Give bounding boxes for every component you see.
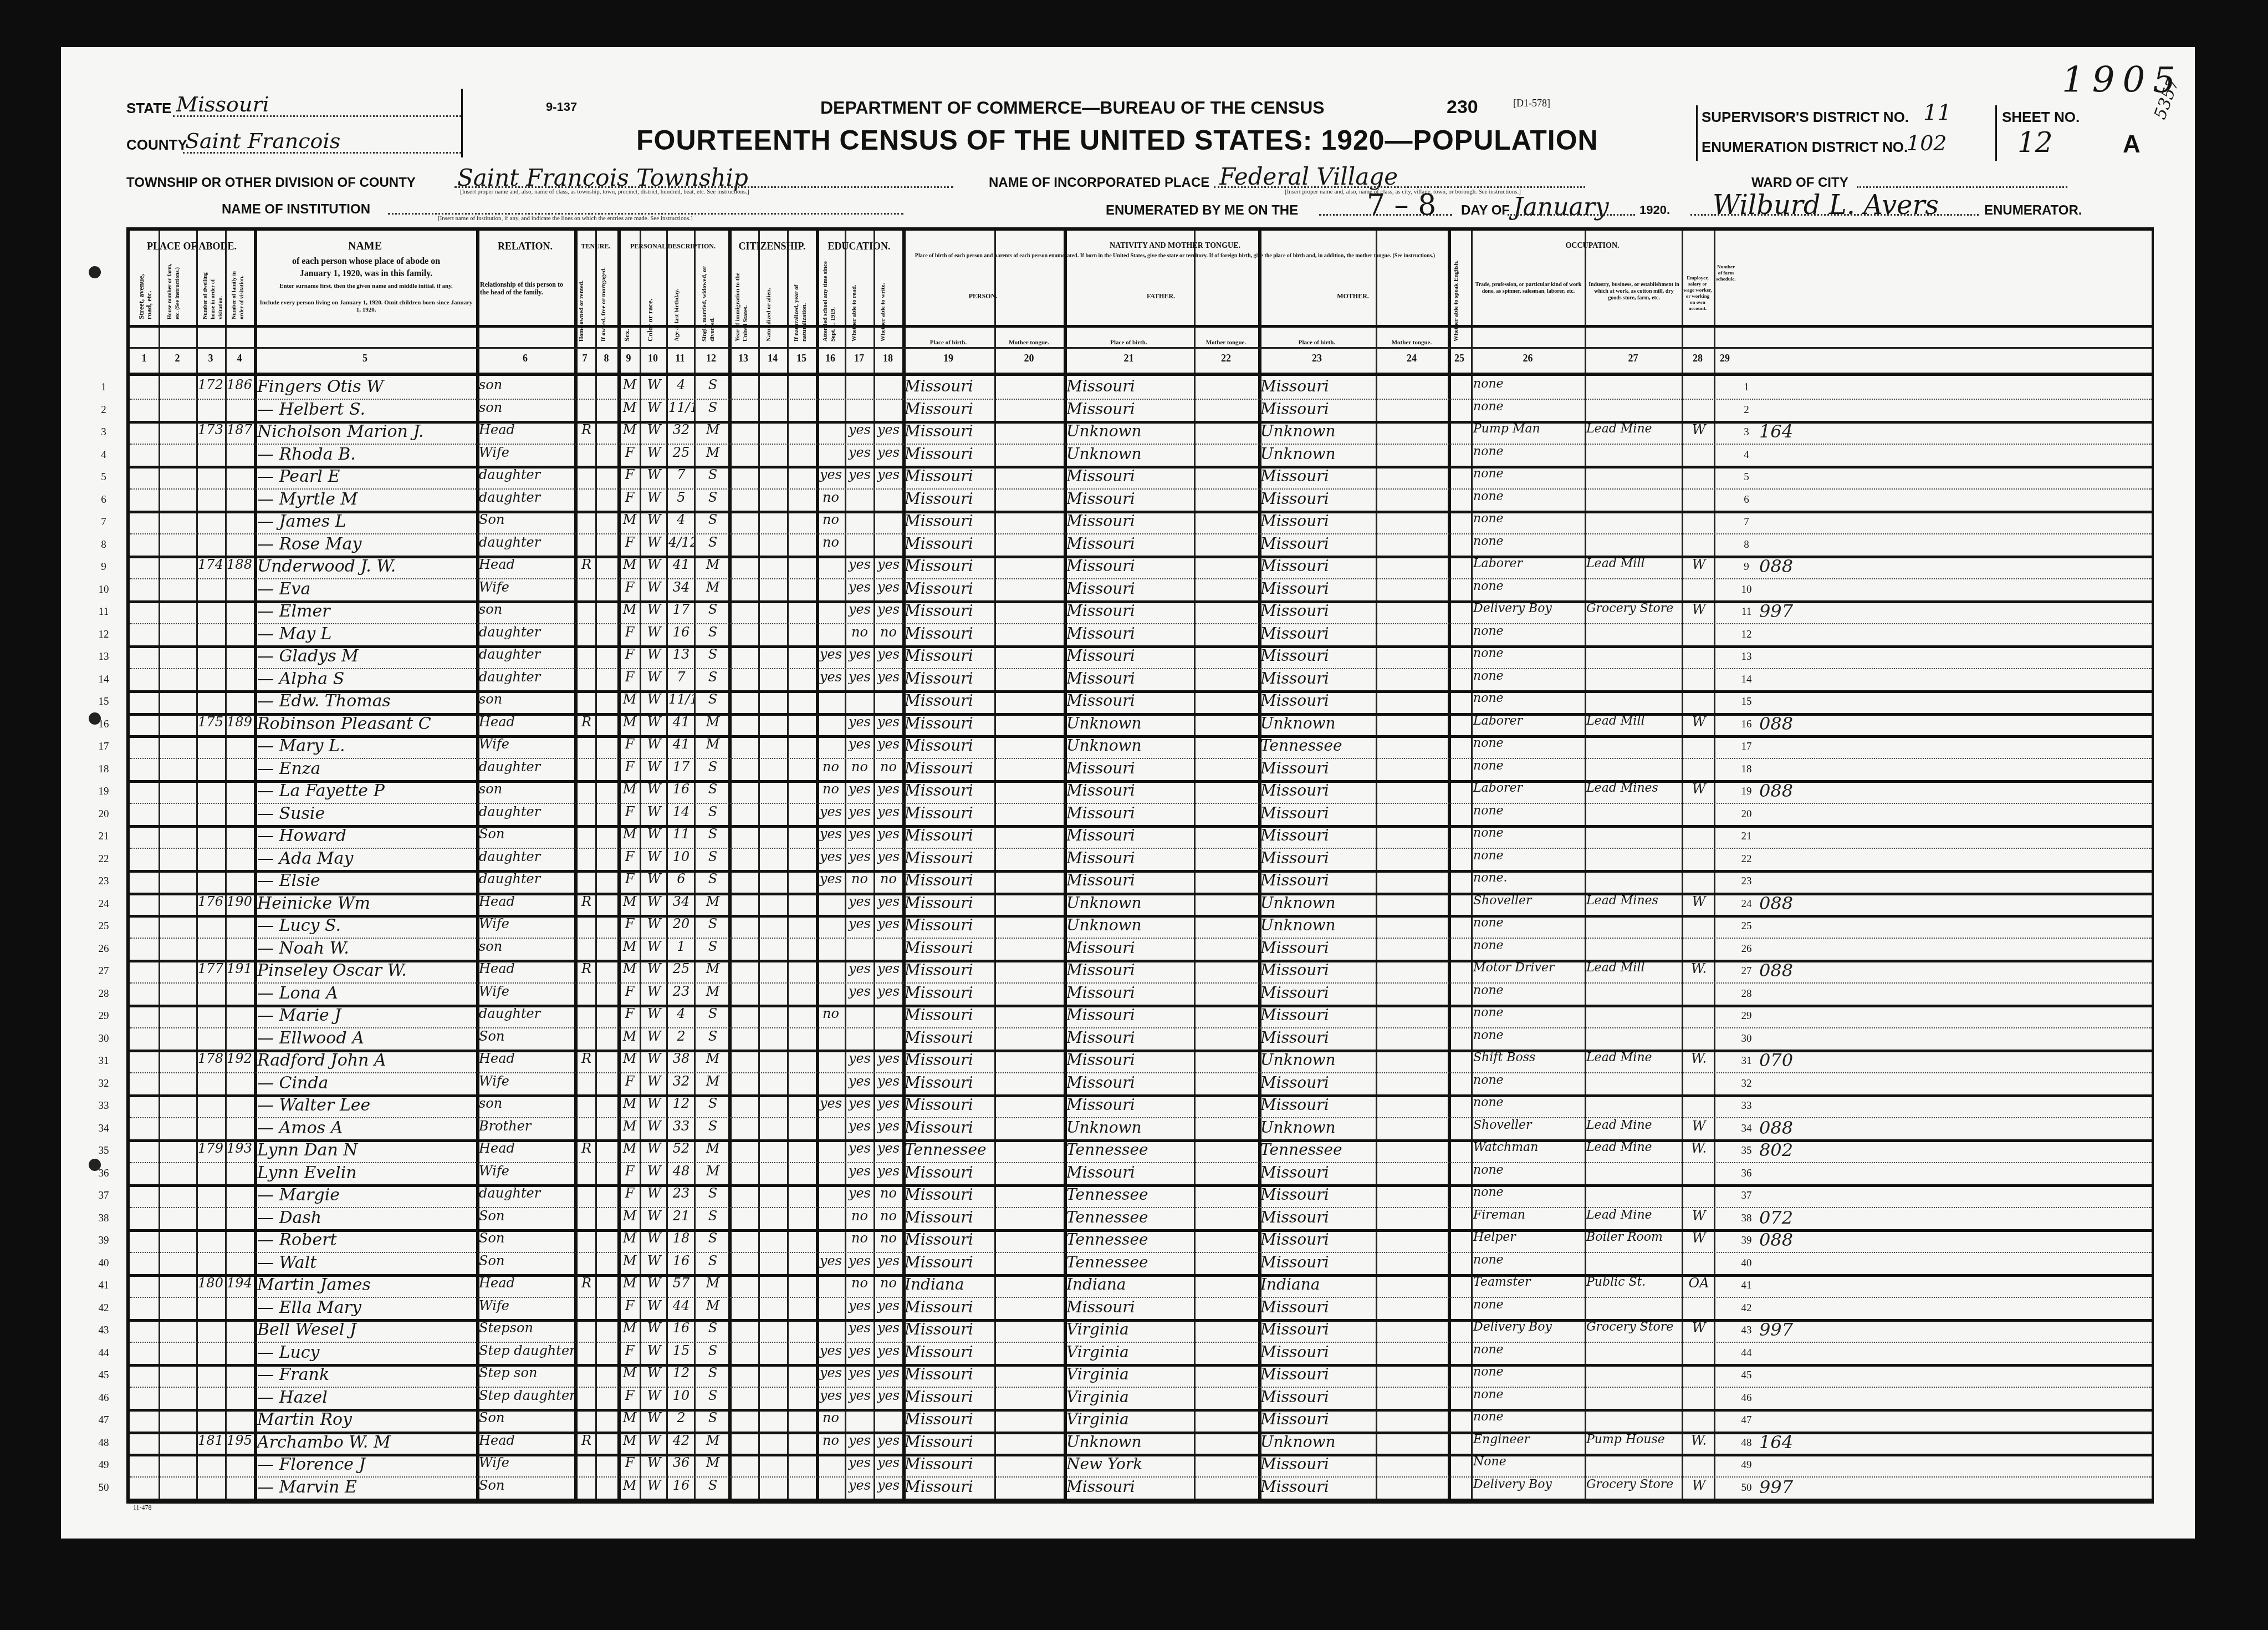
marital-status: M xyxy=(697,961,728,976)
employment-class: OA xyxy=(1684,1275,1714,1291)
person-name: — Gladys M xyxy=(257,646,476,666)
sex: M xyxy=(620,1118,640,1134)
line-number: 28 xyxy=(95,988,112,1000)
line-number: 25 xyxy=(95,920,112,933)
person-name: Fingers Otis W xyxy=(257,377,476,396)
sex: F xyxy=(620,467,640,482)
occupation-trade: Delivery Boy xyxy=(1473,602,1584,615)
father-birthplace: Missouri xyxy=(1066,557,1194,575)
mother-birthplace: Missouri xyxy=(1260,602,1376,620)
page-title: FOURTEENTH CENSUS OF THE UNITED STATES: … xyxy=(636,124,1598,156)
relation: daughter xyxy=(479,646,574,662)
marital-status: S xyxy=(697,1343,728,1358)
mother-birthplace: Missouri xyxy=(1260,759,1376,777)
race: W xyxy=(642,1275,666,1291)
age: 14 xyxy=(668,804,694,819)
person-birthplace: Missouri xyxy=(905,1185,994,1204)
line-number: 39 xyxy=(95,1235,112,1247)
occupation-trade: none xyxy=(1473,1253,1584,1267)
age: 57 xyxy=(668,1275,694,1291)
form-number: 9-137 xyxy=(546,100,577,114)
marital-status: M xyxy=(697,422,728,437)
relation: Head xyxy=(479,961,574,976)
attended-school: yes xyxy=(817,669,845,685)
dwelling-number: 179 xyxy=(196,1140,225,1156)
relation: Head xyxy=(479,1051,574,1066)
relation: daughter xyxy=(479,804,574,819)
occupation-trade: none xyxy=(1473,624,1584,638)
table-row: — Ellwood ASonMW2SMissouriMissouriMissou… xyxy=(130,1027,2152,1050)
person-birthplace: Missouri xyxy=(905,1006,994,1024)
race: W xyxy=(642,1163,666,1179)
relation: Son xyxy=(479,1253,574,1269)
person-name: Martin James xyxy=(257,1275,476,1295)
occupation-trade: none xyxy=(1473,1410,1584,1424)
age: 4 xyxy=(668,377,694,393)
attended-school: yes xyxy=(817,467,845,482)
department-title: DEPARTMENT OF COMMERCE—BUREAU OF THE CEN… xyxy=(820,98,1325,118)
person-birthplace: Missouri xyxy=(905,1208,994,1226)
mother-birthplace: Missouri xyxy=(1260,467,1376,485)
table-row: Bell Wesel JStepsonMW16SyesyesMissouriVi… xyxy=(130,1319,2152,1342)
person-birthplace: Missouri xyxy=(905,691,994,710)
header-place-of-abode: PLACE OF ABODE. xyxy=(130,241,254,252)
race: W xyxy=(642,894,666,909)
age: 10 xyxy=(668,849,694,864)
can-write: yes xyxy=(875,1118,902,1134)
marital-status: S xyxy=(697,1388,728,1403)
age: 11 xyxy=(668,826,694,842)
can-write: yes xyxy=(875,826,902,842)
line-number-right: 40 xyxy=(1738,1257,1755,1270)
header-relation-sub: Relationship of this person to the head … xyxy=(480,281,571,296)
line-number-right: 36 xyxy=(1738,1168,1755,1180)
person-name: — Rhoda B. xyxy=(257,445,476,464)
can-read: yes xyxy=(846,849,874,864)
father-birthplace: Missouri xyxy=(1066,939,1194,957)
sex: M xyxy=(620,714,640,730)
age: 6 xyxy=(668,871,694,887)
line-number-right: 11 xyxy=(1738,606,1755,618)
line-number: 23 xyxy=(95,875,112,888)
table-row: — HazelStep daughterFW10SyesyesyesMissou… xyxy=(130,1387,2152,1409)
sex: F xyxy=(620,669,640,685)
marital-status: M xyxy=(697,1140,728,1156)
age: 44 xyxy=(668,1298,694,1313)
employment-class: W xyxy=(1684,894,1714,909)
marital-status: M xyxy=(697,1455,728,1470)
race: W xyxy=(642,624,666,640)
father-birthplace: Missouri xyxy=(1066,512,1194,530)
header-read: Whether able to read. xyxy=(850,258,858,342)
age: 16 xyxy=(668,781,694,797)
marital-status: M xyxy=(697,1433,728,1448)
attended-school: no xyxy=(817,534,845,550)
occupation-trade: Motor Driver xyxy=(1473,961,1584,975)
mother-birthplace: Missouri xyxy=(1260,1365,1376,1383)
race: W xyxy=(642,1208,666,1224)
mother-birthplace: Missouri xyxy=(1260,1455,1376,1473)
age: 41 xyxy=(668,736,694,752)
mother-birthplace: Missouri xyxy=(1260,512,1376,530)
line-number: 15 xyxy=(95,696,112,708)
relation: daughter xyxy=(479,1006,574,1021)
father-birthplace: Missouri xyxy=(1066,691,1194,710)
person-name: — Frank xyxy=(257,1365,476,1384)
line-number: 5 xyxy=(95,471,112,483)
mother-birthplace: Missouri xyxy=(1260,1388,1376,1406)
can-read: yes xyxy=(846,1185,874,1201)
line-number-right: 13 xyxy=(1738,651,1755,663)
race: W xyxy=(642,1365,666,1381)
person-name: — Pearl E xyxy=(257,467,476,486)
occupation-trade: Watchman xyxy=(1473,1140,1584,1154)
can-read: yes xyxy=(846,557,874,572)
can-read: yes xyxy=(846,916,874,931)
person-name: — Mary L. xyxy=(257,736,476,756)
can-read: yes xyxy=(846,781,874,797)
relation: Wife xyxy=(479,445,574,460)
father-birthplace: Missouri xyxy=(1066,602,1194,620)
father-birthplace: Unknown xyxy=(1066,445,1194,463)
mother-birthplace: Unknown xyxy=(1260,1118,1376,1137)
race: W xyxy=(642,400,666,415)
header-person: PERSON. xyxy=(902,291,1064,302)
sex: M xyxy=(620,422,640,437)
header-street: Street, avenue, road, etc. xyxy=(137,264,153,319)
state-label: STATE xyxy=(126,100,171,117)
occupation-industry: Pump House xyxy=(1586,1433,1682,1446)
age: 4 xyxy=(668,1006,694,1021)
person-name: — James L xyxy=(257,512,476,531)
line-number-right: 39 xyxy=(1738,1235,1755,1247)
employment-class: W xyxy=(1684,602,1714,617)
line-number: 8 xyxy=(95,539,112,551)
father-birthplace: Missouri xyxy=(1066,624,1194,643)
can-read: yes xyxy=(846,1096,874,1111)
table-row: 174188Underwood J. W.HeadRMW41MyesyesMis… xyxy=(130,556,2152,578)
header-name-sub3: Enter surname first, then the given name… xyxy=(259,283,473,290)
relation: Son xyxy=(479,1478,574,1493)
sex: M xyxy=(620,1478,640,1493)
employment-class: W. xyxy=(1684,1140,1714,1156)
can-write: yes xyxy=(875,579,902,595)
relation: son xyxy=(479,691,574,707)
race: W xyxy=(642,871,666,887)
header-father: FATHER. xyxy=(1064,291,1258,302)
township-label: TOWNSHIP OR OTHER DIVISION OF COUNTY xyxy=(126,175,416,191)
header-mother: MOTHER. xyxy=(1258,291,1448,302)
occupation-trade: none xyxy=(1473,1343,1584,1357)
line-number: 42 xyxy=(95,1302,112,1315)
father-birthplace: Missouri xyxy=(1066,1163,1194,1181)
attended-school: yes xyxy=(817,1096,845,1111)
age: 16 xyxy=(668,1478,694,1493)
mother-birthplace: Unknown xyxy=(1260,894,1376,912)
father-birthplace: Unknown xyxy=(1066,1118,1194,1137)
line-number-right: 2 xyxy=(1738,404,1755,416)
father-birthplace: Missouri xyxy=(1066,1096,1194,1114)
occupation-code: 997 xyxy=(1759,1319,1793,1340)
can-read: yes xyxy=(846,422,874,437)
mother-birthplace: Missouri xyxy=(1260,939,1376,957)
line-number-right: 48 xyxy=(1738,1437,1755,1449)
line-number: 18 xyxy=(95,763,112,776)
ed-value: 102 xyxy=(1907,131,1947,155)
line-number-right: 35 xyxy=(1738,1145,1755,1157)
can-read: yes xyxy=(846,1140,874,1156)
family-number: 187 xyxy=(225,422,254,437)
census-rows: 172186Fingers Otis WsonMW4SMissouriMisso… xyxy=(130,376,2152,1500)
relation: son xyxy=(479,781,574,797)
relation: Head xyxy=(479,422,574,437)
marital-status: S xyxy=(697,490,728,505)
mother-birthplace: Missouri xyxy=(1260,534,1376,553)
relation: Wife xyxy=(479,916,574,931)
occupation-industry: Boiler Room xyxy=(1586,1230,1682,1244)
header-name: NAME xyxy=(254,241,476,252)
table-row: — WaltSonMW16SyesyesyesMissouriTennessee… xyxy=(130,1252,2152,1275)
person-name: — Lona A xyxy=(257,984,476,1003)
sex: M xyxy=(620,1096,640,1111)
occupation-code: 164 xyxy=(1759,421,1793,442)
can-read: no xyxy=(846,1230,874,1246)
father-birthplace: Tennessee xyxy=(1066,1253,1194,1271)
age: 4/12 xyxy=(668,534,694,550)
line-number-right: 17 xyxy=(1738,741,1755,753)
attended-school: no xyxy=(817,512,845,527)
marital-status: M xyxy=(697,714,728,730)
header-name-sub4: Include every person living on January 1… xyxy=(259,299,473,314)
attended-school: yes xyxy=(817,871,845,887)
can-write: yes xyxy=(875,1073,902,1089)
person-name: — Susie xyxy=(257,804,476,823)
can-write: yes xyxy=(875,736,902,752)
person-name: — Eva xyxy=(257,579,476,599)
can-write: yes xyxy=(875,984,902,999)
can-read: yes xyxy=(846,961,874,976)
can-write: yes xyxy=(875,1433,902,1448)
age: 41 xyxy=(668,557,694,572)
occupation-code: 802 xyxy=(1759,1139,1793,1160)
race: W xyxy=(642,534,666,550)
person-name: — May L xyxy=(257,624,476,644)
mother-birthplace: Missouri xyxy=(1260,1073,1376,1092)
line-number-right: 37 xyxy=(1738,1190,1755,1202)
father-birthplace: Unknown xyxy=(1066,916,1194,934)
occupation-trade: none xyxy=(1473,579,1584,593)
father-birthplace: Missouri xyxy=(1066,1073,1194,1092)
mother-birthplace: Missouri xyxy=(1260,1230,1376,1249)
sex: F xyxy=(620,646,640,662)
person-name: — Marie J xyxy=(257,1006,476,1025)
table-row: — Marie JdaughterFW4SnoMissouriMissouriM… xyxy=(130,1005,2152,1027)
age: 21 xyxy=(668,1208,694,1224)
occupation-code: 088 xyxy=(1759,1117,1793,1138)
attended-school: yes xyxy=(817,1365,845,1381)
table-row: — RobertSonMW18SnonoMissouriTennesseeMis… xyxy=(130,1229,2152,1252)
sex: M xyxy=(620,1320,640,1336)
marital-status: S xyxy=(697,534,728,550)
line-number: 37 xyxy=(95,1190,112,1202)
relation: Son xyxy=(479,1208,574,1224)
person-name: — Ella Mary xyxy=(257,1298,476,1317)
person-birthplace: Missouri xyxy=(905,1253,994,1271)
occupation-trade: none xyxy=(1473,467,1584,481)
race: W xyxy=(642,445,666,460)
can-write: yes xyxy=(875,669,902,685)
person-birthplace: Missouri xyxy=(905,624,994,643)
mother-birthplace: Missouri xyxy=(1260,1096,1376,1114)
line-number: 20 xyxy=(95,808,112,821)
header-nativity-sub: Place of birth of each person and parent… xyxy=(908,253,1442,259)
sex: F xyxy=(620,1388,640,1403)
employment-class: W xyxy=(1684,1118,1714,1134)
mother-birthplace: Missouri xyxy=(1260,1298,1376,1316)
sex: M xyxy=(620,512,640,527)
attended-school: yes xyxy=(817,826,845,842)
person-birthplace: Missouri xyxy=(905,445,994,463)
tenure: R xyxy=(578,1433,595,1448)
age: 23 xyxy=(668,1185,694,1201)
table-row: — Edw. ThomassonMW11/12SMissouriMissouri… xyxy=(130,690,2152,713)
person-birthplace: Missouri xyxy=(905,1410,994,1428)
age: 33 xyxy=(668,1118,694,1134)
tenure: R xyxy=(578,894,595,909)
can-read: yes xyxy=(846,579,874,595)
occupation-industry: Grocery Store xyxy=(1586,1320,1682,1334)
can-write: yes xyxy=(875,1365,902,1381)
table-row: — DashSonMW21SnonoMissouriTennesseeMisso… xyxy=(130,1207,2152,1230)
table-row: — ElsiedaughterFW6SyesnonoMissouriMissou… xyxy=(130,870,2152,893)
person-name: — Noah W. xyxy=(257,939,476,958)
header-name-sub2: January 1, 1920, was in this family. xyxy=(259,268,473,279)
line-number-right: 49 xyxy=(1738,1459,1755,1471)
relation: Wife xyxy=(479,1163,574,1179)
mother-birthplace: Missouri xyxy=(1260,579,1376,598)
can-read: no xyxy=(846,759,874,775)
marital-status: S xyxy=(697,916,728,931)
table-row: — James LSonMW4SnoMissouriMissouriMissou… xyxy=(130,511,2152,533)
person-name: — Alpha S xyxy=(257,669,476,689)
person-birthplace: Missouri xyxy=(905,1118,994,1137)
township-hint: [Insert proper name and, also, name of c… xyxy=(460,189,749,195)
line-number-right: 3 xyxy=(1738,426,1755,439)
race: W xyxy=(642,557,666,572)
line-number: 33 xyxy=(95,1100,112,1112)
occupation-trade: none xyxy=(1473,939,1584,952)
relation: Son xyxy=(479,1028,574,1044)
race: W xyxy=(642,1118,666,1134)
line-number: 41 xyxy=(95,1280,112,1292)
occupation-trade: none xyxy=(1473,736,1584,750)
age: 23 xyxy=(668,984,694,999)
relation: Wife xyxy=(479,1455,574,1470)
line-number: 24 xyxy=(95,898,112,910)
mother-birthplace: Missouri xyxy=(1260,1208,1376,1226)
table-row: — Myrtle MdaughterFW5SnoMissouriMissouri… xyxy=(130,488,2152,511)
table-row: — Alpha SdaughterFW7SyesyesyesMissouriMi… xyxy=(130,668,2152,691)
person-birthplace: Missouri xyxy=(905,961,994,979)
sex: M xyxy=(620,1275,640,1291)
tenure: R xyxy=(578,714,595,730)
sex: F xyxy=(620,1185,640,1201)
can-read: yes xyxy=(846,826,874,842)
line-number-right: 14 xyxy=(1738,674,1755,686)
person-birthplace: Missouri xyxy=(905,1051,994,1069)
can-read: no xyxy=(846,624,874,640)
can-read: yes xyxy=(846,736,874,752)
occupation-code: 088 xyxy=(1759,893,1793,914)
sex: M xyxy=(620,400,640,415)
sex: M xyxy=(620,1433,640,1448)
line-number: 4 xyxy=(95,449,112,461)
employment-class: W xyxy=(1684,1320,1714,1336)
header-marital: Single, married, widowed, or divorced. xyxy=(701,258,716,342)
line-number-right: 41 xyxy=(1738,1280,1755,1292)
relation: daughter xyxy=(479,669,574,685)
person-birthplace: Missouri xyxy=(905,826,994,844)
person-name: Pinseley Oscar W. xyxy=(257,961,476,980)
footer-form-code: 11-478 xyxy=(133,1504,152,1512)
line-number-right: 18 xyxy=(1738,763,1755,776)
person-name: — Ellwood A xyxy=(257,1028,476,1048)
age: 17 xyxy=(668,602,694,617)
state-value: Missouri xyxy=(176,92,269,116)
person-name: — Lucy xyxy=(257,1343,476,1362)
can-read: yes xyxy=(846,1118,874,1134)
dwelling-number: 181 xyxy=(196,1433,225,1448)
line-number-right: 20 xyxy=(1738,808,1755,821)
marital-status: M xyxy=(697,1051,728,1066)
age: 11/12 xyxy=(668,400,694,415)
race: W xyxy=(642,1185,666,1201)
relation: Brother xyxy=(479,1118,574,1134)
header-citizenship: CITIZENSHIP. xyxy=(728,241,816,252)
person-name: Heinicke Wm xyxy=(257,894,476,913)
line-number: 38 xyxy=(95,1213,112,1225)
race: W xyxy=(642,602,666,617)
marital-status: S xyxy=(697,1006,728,1021)
marital-status: S xyxy=(697,1365,728,1381)
father-birthplace: Missouri xyxy=(1066,534,1194,553)
father-birthplace: Tennessee xyxy=(1066,1208,1194,1226)
occupation-trade: none xyxy=(1473,490,1584,503)
line-number: 1 xyxy=(95,381,112,394)
line-number: 40 xyxy=(95,1257,112,1270)
person-name: — Myrtle M xyxy=(257,490,476,509)
relation: Wife xyxy=(479,579,574,595)
marital-status: M xyxy=(697,984,728,999)
occupation-trade: none xyxy=(1473,1163,1584,1177)
race: W xyxy=(642,759,666,775)
sex: M xyxy=(620,961,640,976)
relation: son xyxy=(479,400,574,415)
tenure: R xyxy=(578,557,595,572)
line-number-right: 27 xyxy=(1738,965,1755,977)
header-person-pob: Place of birth. xyxy=(902,337,994,348)
can-write: yes xyxy=(875,916,902,931)
mother-birthplace: Missouri xyxy=(1260,1185,1376,1204)
occupation-trade: Laborer xyxy=(1473,781,1584,795)
can-write: yes xyxy=(875,1478,902,1493)
marital-status: S xyxy=(697,759,728,775)
race: W xyxy=(642,1230,666,1246)
table-row: 178192Radford John AHeadRMW38MyesyesMiss… xyxy=(130,1050,2152,1072)
line-number: 43 xyxy=(95,1325,112,1337)
race: W xyxy=(642,1298,666,1313)
can-write: no xyxy=(875,759,902,775)
